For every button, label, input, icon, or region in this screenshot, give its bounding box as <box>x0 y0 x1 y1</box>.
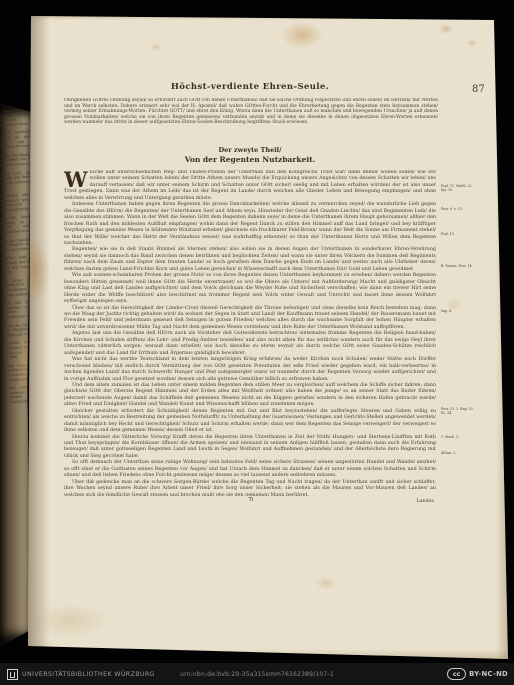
left-page-paragraph: bey denen alten Völckern gebräuchlich ge… <box>0 107 31 129</box>
margin-note: B. Nissen. Prov. 14. <box>441 265 475 269</box>
margin-note: Sap. 6. <box>441 310 475 314</box>
viewer-footer-bar: UNIVERSITÄTSBIBLIOTHEK WÜRZBURG urn:nbn:… <box>0 663 514 685</box>
signature-row: Ti Landes <box>64 497 438 507</box>
margin-note: Psal. 72. Matth. 22. Syr. 10. <box>441 185 475 193</box>
body-paragraph: So offt demnach der Unterthan seine ruhi… <box>64 460 436 479</box>
library-name: UNIVERSITÄTSBIBLIOTHEK WÜRZBURG <box>22 671 155 678</box>
left-page-paragraph: und mit herrlichen Lob-Sprüchen zu ehren… <box>0 129 31 151</box>
signature-mark: Ti <box>64 497 438 503</box>
body-paragraph: Was hat nicht das werthe Teutschland in … <box>64 357 436 383</box>
margin-note: Prov. 8. v. 15. <box>441 208 475 212</box>
left-facing-page-edge: bey denen alten Völckern gebräuchlich ge… <box>0 104 31 646</box>
margin-note: Psal. 10. <box>441 233 475 237</box>
left-page-stain <box>10 304 31 424</box>
body-paragraph: Gleicher gestalten erfordert die Schuldi… <box>64 409 436 435</box>
left-page-paragraph: und mit herrlichen Lob-Sprüchen zu ehren… <box>0 214 31 236</box>
license-badge[interactable]: cc BY-NC-ND <box>447 668 508 680</box>
scan-viewer: bey denen alten Völckern gebräuchlich ge… <box>0 0 514 685</box>
running-header: Höchst-verdiente Ehren-Seule. <box>64 82 436 92</box>
body-paragraph: Regenten/ wie sie in deß Staats Himmel a… <box>64 247 436 273</box>
urn-link[interactable]: urn:nbn:de:bvb:20-35a315smm76162389/107-… <box>180 671 334 678</box>
body-paragraph: Anjetzo last uns die Gesalbte deß HErrn … <box>64 331 436 357</box>
margin-note: 1. Mach. 3. <box>441 436 475 440</box>
license-label: BY-NC-ND <box>469 670 508 678</box>
body-paragraph: Uber diß gedencke man an die schwere Sor… <box>64 480 436 496</box>
body-text: WElche auff unterschiedlichen Weg- und T… <box>64 170 436 496</box>
page-number: 87 <box>472 84 485 95</box>
library-logo-icon[interactable] <box>7 669 18 680</box>
left-page-paragraph: welches auch die Heyden erkennet/ und ih… <box>0 169 31 191</box>
left-page-paragraph: bey denen alten Völckern gebräuchlich ge… <box>0 191 31 213</box>
margin-note: Althus. 2. <box>441 452 475 456</box>
scanned-book-page: Höchst-verdiente Ehren-Seule. 87 Obrigke… <box>26 13 510 661</box>
left-page-paragraph: dann die Danckbarkeit gegen die Obrigkei… <box>0 236 31 253</box>
library-logo-u-glyph <box>10 672 15 678</box>
left-page-paragraph: dann die Danckbarkeit gegen die Obrigkei… <box>0 151 31 168</box>
section-heading-line1: Der zweyte Theil/ <box>64 146 436 154</box>
section-heading: Der zweyte Theil/ Von der Regenten Nutzb… <box>64 146 436 164</box>
body-paragraph: Und dem allem zumalen ist das Leben unte… <box>64 383 436 409</box>
section-heading-line2: Von der Regenten Nutzbarkeit. <box>64 155 436 164</box>
drop-cap: W <box>64 170 90 188</box>
creative-commons-icon: cc <box>447 668 466 680</box>
margin-note: Prov. 21. 2. Reg. 19. Ez. 34. <box>441 408 475 416</box>
body-paragraph: Indessen Unterthanen haben gegen ihren R… <box>64 202 436 247</box>
body-paragraph: Wie auß sonnen-scheinbaren Proben der gr… <box>64 273 436 305</box>
body-paragraph: WElche auff unterschiedlichen Weg- und T… <box>64 170 436 202</box>
catchword: Landes <box>416 499 434 504</box>
left-page-paragraph: bey denen alten Völckern gebräuchlich ge… <box>2 276 31 298</box>
body-paragraph: Hierzu kommet die Vätterliche Vorsorg/ K… <box>64 435 436 461</box>
body-paragraph: Über das so ist die Gerechtigkeit der Lä… <box>64 306 436 332</box>
intro-paragraph: Obrigkeiten GOttes Ordnung seynd/ so erf… <box>64 98 438 140</box>
left-page-paragraph: welches auch die Heyden erkennet/ und ih… <box>1 254 31 276</box>
